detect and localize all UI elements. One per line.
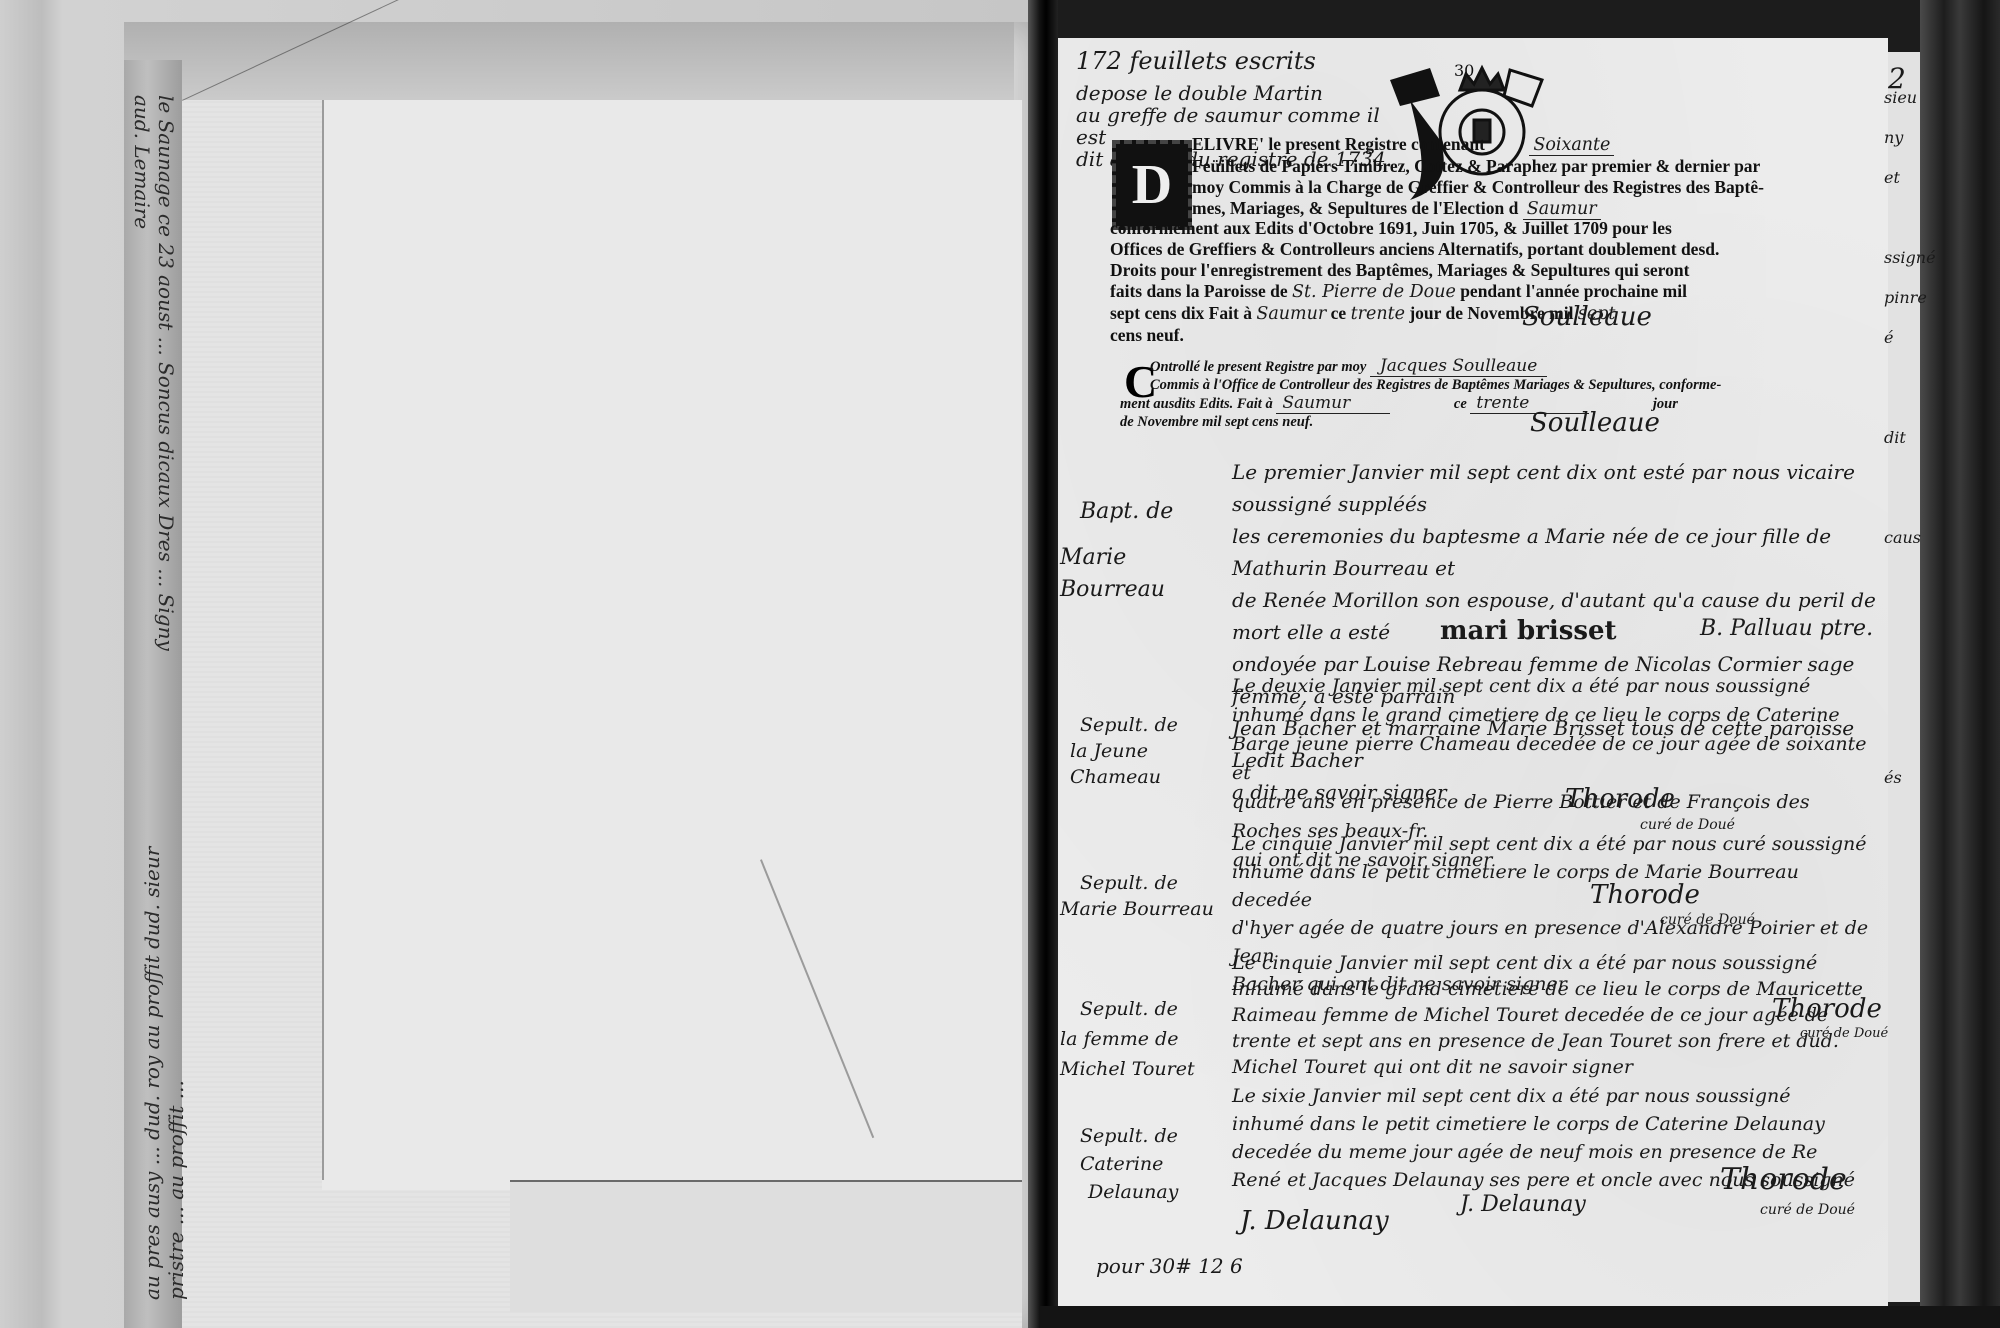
- register-entry-baptism: Bapt. de Marie Bourreau Le premier Janvi…: [1060, 456, 1900, 656]
- entry-margin-title: Sepult. de la Jeune Chameau: [1060, 712, 1215, 790]
- left-bottom-flap: [510, 1180, 1022, 1312]
- filled-election: Saumur: [1523, 199, 1601, 220]
- print-line: faits dans la Paroisse de St. Pierre de …: [1110, 281, 1870, 303]
- entry-margin-title: Sepult. de Caterine Delaunay: [1060, 1122, 1215, 1206]
- signature-thorode: Thorode: [1772, 994, 1882, 1024]
- filled-parish: St. Pierre de Doue: [1292, 282, 1456, 302]
- printed-delivery-text-continued: conformement aux Edits d'Octobre 1691, J…: [1110, 218, 1870, 346]
- filled-controller-name: Jacques Soulleaue: [1370, 356, 1547, 377]
- printed-control-text: Ontrollé le present Registre par moy Jac…: [1120, 357, 1840, 431]
- footer-fee-note: pour 30# 12 6: [1096, 1254, 1243, 1278]
- signature-title: curé de Doué: [1760, 1202, 1855, 1218]
- register-entry-burial: Sepult. de Marie Bourreau Le cinquie Jan…: [1060, 830, 1900, 950]
- signature-soulleaue-control: Soulleaue: [1530, 408, 1660, 438]
- signature-thorode: Thorode: [1590, 880, 1700, 910]
- edge-fragment: ssigné: [1884, 238, 1920, 278]
- signature-title: curé de Doué: [1660, 912, 1755, 928]
- print-line: moy Commis à la Charge de Greffier & Con…: [1192, 177, 1832, 198]
- note-line: depose le double Martin: [1076, 82, 1396, 104]
- signature-thorode: Thorode: [1720, 1162, 1847, 1197]
- edge-fragment: dit: [1884, 418, 1920, 458]
- drop-cap-d: D: [1112, 140, 1192, 230]
- book-gutter: [1028, 0, 1058, 1328]
- edge-fragment: ny et: [1884, 118, 1920, 198]
- print-line: conformement aux Edits d'Octobre 1691, J…: [1110, 218, 1870, 239]
- signature-palluau: B. Palluau ptre.: [1700, 616, 1873, 641]
- signature-delaunay: J. Delaunay: [1240, 1206, 1389, 1236]
- signature-title: curé de Doué: [1800, 1026, 1888, 1041]
- print-line: Offices de Greffiers & Controlleurs anci…: [1110, 239, 1870, 260]
- signature-marie-brisset: mari brisset: [1440, 616, 1617, 646]
- print-line: Feüillets de Papiers Timbrez, Cottez & P…: [1192, 156, 1832, 177]
- left-vertical-text-top: le Saunage ce 23 aoust ... Soncus dicaux…: [130, 95, 178, 695]
- signature-soulleaue: Soulleaue: [1522, 302, 1652, 332]
- bottom-binding: [1040, 1306, 2000, 1328]
- print-line: ELIVRE' le present Registre contenant So…: [1192, 134, 1832, 156]
- register-entry-burial: Sepult. de la Jeune Chameau Le deuxie Ja…: [1060, 672, 1900, 822]
- signature-thorode: Thorode: [1565, 784, 1675, 814]
- edge-fragment: pinre: [1884, 278, 1920, 318]
- printed-delivery-text: ELIVRE' le present Registre contenant So…: [1192, 134, 1832, 220]
- left-page-top-band: [124, 22, 1014, 102]
- filled-day: trente: [1351, 304, 1405, 324]
- print-line: mes, Mariages, & Sepultures de l'Electio…: [1192, 198, 1832, 220]
- filled-count: Soixante: [1529, 135, 1614, 156]
- left-blank-sheet-overlay: [322, 100, 1022, 1190]
- note-line: 172 feuillets escrits: [1076, 50, 1396, 72]
- edge-fragment: sieu: [1884, 78, 1920, 118]
- left-vertical-text-bottom: au pres ausy ... dud. roy au proffit dud…: [140, 820, 188, 1300]
- print-line: Droits pour l'enregistrement des Baptême…: [1110, 260, 1870, 281]
- svg-text:30: 30: [1454, 61, 1474, 80]
- filled-place: Saumur: [1256, 304, 1326, 324]
- filled-control-place: Saumur: [1276, 393, 1390, 414]
- print-line: cens neuf.: [1110, 325, 1870, 346]
- edge-fragment: é: [1884, 318, 1920, 358]
- register-entry-burial: Sepult. de Caterine Delaunay Le sixie Ja…: [1060, 1082, 1900, 1252]
- entry-margin-title: Bapt. de Marie Bourreau: [1060, 496, 1215, 606]
- entry-margin-title: Sepult. de Marie Bourreau: [1060, 870, 1215, 922]
- print-line: sept cens dix Fait à Saumur ce trente jo…: [1110, 303, 1870, 325]
- right-binding: [1920, 0, 2000, 1328]
- entry-margin-title: Sepult. de la femme de Michel Touret: [1060, 994, 1215, 1084]
- signature-delaunay-2: J. Delaunay: [1460, 1192, 1586, 1217]
- left-fold-crease: [322, 100, 324, 1180]
- register-entry-burial: Sepult. de la femme de Michel Touret Le …: [1060, 950, 1900, 1080]
